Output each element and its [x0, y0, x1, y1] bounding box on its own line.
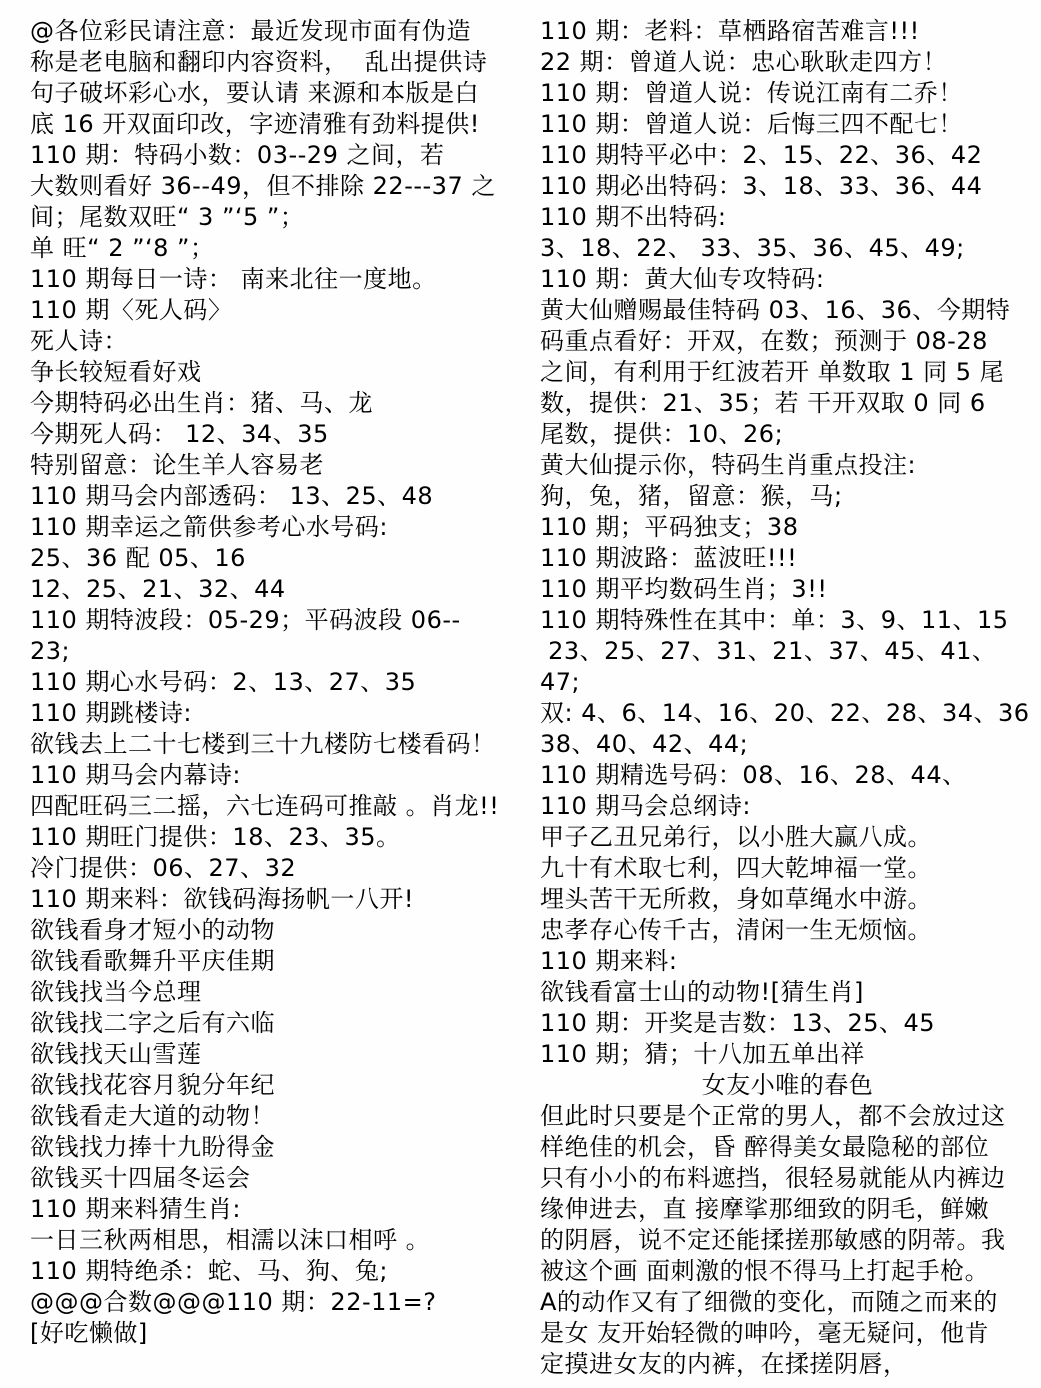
text-line: 欲钱找花容月貌分年纪	[30, 1070, 514, 1101]
text-line: 110 期每日一诗： 南来北往一度地。	[30, 264, 514, 295]
text-line: 尾数，提供：10、26;	[540, 419, 1035, 450]
text-line: 欲钱看富士山的动物![猜生肖]	[540, 977, 1035, 1008]
text-line: 冷门提供：06、27、32	[30, 853, 514, 884]
text-line: 22 期：曾道人说：忠心耿耿走四方！	[540, 47, 1035, 78]
text-line: 争长较短看好戏	[30, 357, 514, 388]
text-line: 110 期幸运之箭供参考心水号码:	[30, 512, 514, 543]
text-line: 110 期精选号码：08、16、28、44、	[540, 760, 1035, 791]
text-line: 狗，兔，猪，留意：猴，马;	[540, 481, 1035, 512]
text-line: 38、40、42、44;	[540, 729, 1035, 760]
text-line: 110 期不出特码:	[540, 202, 1035, 233]
text-line: 被这个画 面刺激的恨不得马上打起手枪。	[540, 1256, 1035, 1287]
text-line: 110 期跳楼诗:	[30, 698, 514, 729]
text-line: 今期特码必出生肖：猪、马、龙	[30, 388, 514, 419]
text-line: 110 期特平必中：2、15、22、36、42	[540, 140, 1035, 171]
text-line: 间；尾数双旺“ 3 ”‘5 ”；	[30, 202, 514, 233]
text-line: 110 期：曾道人说：传说江南有二乔！	[540, 78, 1035, 109]
text-line: 欲钱看走大道的动物！	[30, 1101, 514, 1132]
text-line: 110 期；猜；十八加五单出祥	[540, 1039, 1035, 1070]
text-line: 110 期来料：欲钱码海扬帆一八开!	[30, 884, 514, 915]
text-line: 一日三秋两相思，相濡以沫口相呼 。	[30, 1225, 514, 1256]
text-line: 12、25、21、32、44	[30, 574, 514, 605]
text-line: 今期死人码： 12、34、35	[30, 419, 514, 450]
text-line: 称是老电脑和翻印内容资料， 乱出提供诗	[30, 47, 514, 78]
text-line: 单 旺“ 2 ”‘8 ”；	[30, 233, 514, 264]
text-line: 23;	[30, 636, 514, 667]
text-line: [好吃懒做]	[30, 1318, 514, 1349]
text-line: 甲子乙丑兄弟行，以小胜大赢八成。	[540, 822, 1035, 853]
text-line: 定摸进女友的内裤，在揉搓阴唇，	[540, 1349, 1035, 1380]
text-line: 110 期马会内部透码： 13、25、48	[30, 481, 514, 512]
text-line: 码重点看好：开双，在数；预测于 08-28	[540, 326, 1035, 357]
text-line: @@@合数@@@110 期：22-11=?	[30, 1287, 514, 1318]
text-line: 四配旺码三二摇，六七连码可推敲 。肖龙!!	[30, 791, 514, 822]
text-line: 但此时只要是个正常的男人，都不会放过这	[540, 1101, 1035, 1132]
text-line: 110 期特波段：05-29；平码波段 06--	[30, 605, 514, 636]
text-line: 是女 友开始轻微的呻吟，毫无疑问，他肯	[540, 1318, 1035, 1349]
text-line: 25、36 配 05、16	[30, 543, 514, 574]
text-line: 欲钱看身才短小的动物	[30, 915, 514, 946]
text-line: A的动作又有了细微的变化，而随之而来的	[540, 1287, 1035, 1318]
text-line: 底 16 开双面印改，字迹清雅有劲料提供!	[30, 109, 514, 140]
text-line: 110 期马会内幕诗:	[30, 760, 514, 791]
text-line: 欲钱看歌舞升平庆佳期	[30, 946, 514, 977]
text-line: 忠孝存心传千古，清闲一生无烦恼。	[540, 915, 1035, 946]
text-line: 110 期心水号码：2、13、27、35	[30, 667, 514, 698]
text-line: 110 期来料:	[540, 946, 1035, 977]
text-line: 110 期：开奖是吉数：13、25、45	[540, 1008, 1035, 1039]
text-line: 23、25、27、31、21、37、45、41、47;	[540, 636, 1035, 698]
text-line: 110 期〈死人码〉	[30, 295, 514, 326]
text-line: 110 期：黄大仙专攻特码:	[540, 264, 1035, 295]
text-line: 句子破坏彩心水，要认请 来源和本版是白	[30, 78, 514, 109]
text-line: 110 期来料猜生肖:	[30, 1194, 514, 1225]
text-line: 110 期特殊性在其中：单：3、9、11、15	[540, 605, 1035, 636]
left-column: @各位彩民请注意：最近发现市面有伪造称是老电脑和翻印内容资料， 乱出提供诗句子破…	[0, 16, 520, 1388]
text-line: 女友小唯的春色	[540, 1070, 1035, 1101]
text-line: 大数则看好 36--49，但不排除 22---37 之	[30, 171, 514, 202]
text-line: 110 期旺门提供：18、23、35。	[30, 822, 514, 853]
text-line: 黄大仙赠赐最佳特码 03、16、36、今期特	[540, 295, 1035, 326]
text-line: 110 期必出特码：3、18、33、36、44	[540, 171, 1035, 202]
text-line: 110 期波路：蓝波旺!!!	[540, 543, 1035, 574]
text-line: 110 期：老料：草栖路宿苦难言!!!	[540, 16, 1035, 47]
text-line: 110 期马会总纲诗:	[540, 791, 1035, 822]
text-line: 110 期；平码独支；38	[540, 512, 1035, 543]
text-line: 欲钱找二字之后有六临	[30, 1008, 514, 1039]
text-line: 九十有术取七利，四大乾坤福一堂。	[540, 853, 1035, 884]
text-line: 埋头苦干无所救，身如草绳水中游。	[540, 884, 1035, 915]
text-line: 之间，有利用于红波若开 单数取 1 同 5 尾	[540, 357, 1035, 388]
text-line: 样绝佳的机会，昏 醉得美女最隐秘的部位	[540, 1132, 1035, 1163]
document-page: @各位彩民请注意：最近发现市面有伪造称是老电脑和翻印内容资料， 乱出提供诗句子破…	[0, 0, 1041, 1388]
text-line: 110 期：曾道人说：后悔三四不配七！	[540, 109, 1035, 140]
text-line: 黄大仙提示你，特码生肖重点投注:	[540, 450, 1035, 481]
text-line: 110 期：特码小数：03--29 之间，若	[30, 140, 514, 171]
text-line: 特别留意：论生羊人容易老	[30, 450, 514, 481]
text-line: 只有小小的布料遮挡，很轻易就能从内裤边	[540, 1163, 1035, 1194]
text-line: 110 期特绝杀：蛇、马、狗、兔;	[30, 1256, 514, 1287]
text-line: 欲钱找当今总理	[30, 977, 514, 1008]
text-line: 数，提供：21、35；若 干开双取 0 同 6	[540, 388, 1035, 419]
text-line: 死人诗：	[30, 326, 514, 357]
text-line: 欲钱买十四届冬运会	[30, 1163, 514, 1194]
text-line: 缘伸进去，直 接摩挲那细致的阴毛，鲜嫩	[540, 1194, 1035, 1225]
text-line: 的阴唇，说不定还能揉搓那敏感的阴蒂。我	[540, 1225, 1035, 1256]
text-line: 110 期平均数码生肖；3!!	[540, 574, 1035, 605]
text-line: 欲钱找力捧十九盼得金	[30, 1132, 514, 1163]
text-line: @各位彩民请注意：最近发现市面有伪造	[30, 16, 514, 47]
right-column: 110 期：老料：草栖路宿苦难言!!!22 期：曾道人说：忠心耿耿走四方！110…	[520, 16, 1041, 1388]
text-line: 双: 4、6、14、16、20、22、28、34、36	[540, 698, 1035, 729]
text-line: 3、18、22、 33、35、36、45、49;	[540, 233, 1035, 264]
text-line: 欲钱找天山雪莲	[30, 1039, 514, 1070]
text-line: 欲钱去上二十七楼到三十九楼防七楼看码！	[30, 729, 514, 760]
